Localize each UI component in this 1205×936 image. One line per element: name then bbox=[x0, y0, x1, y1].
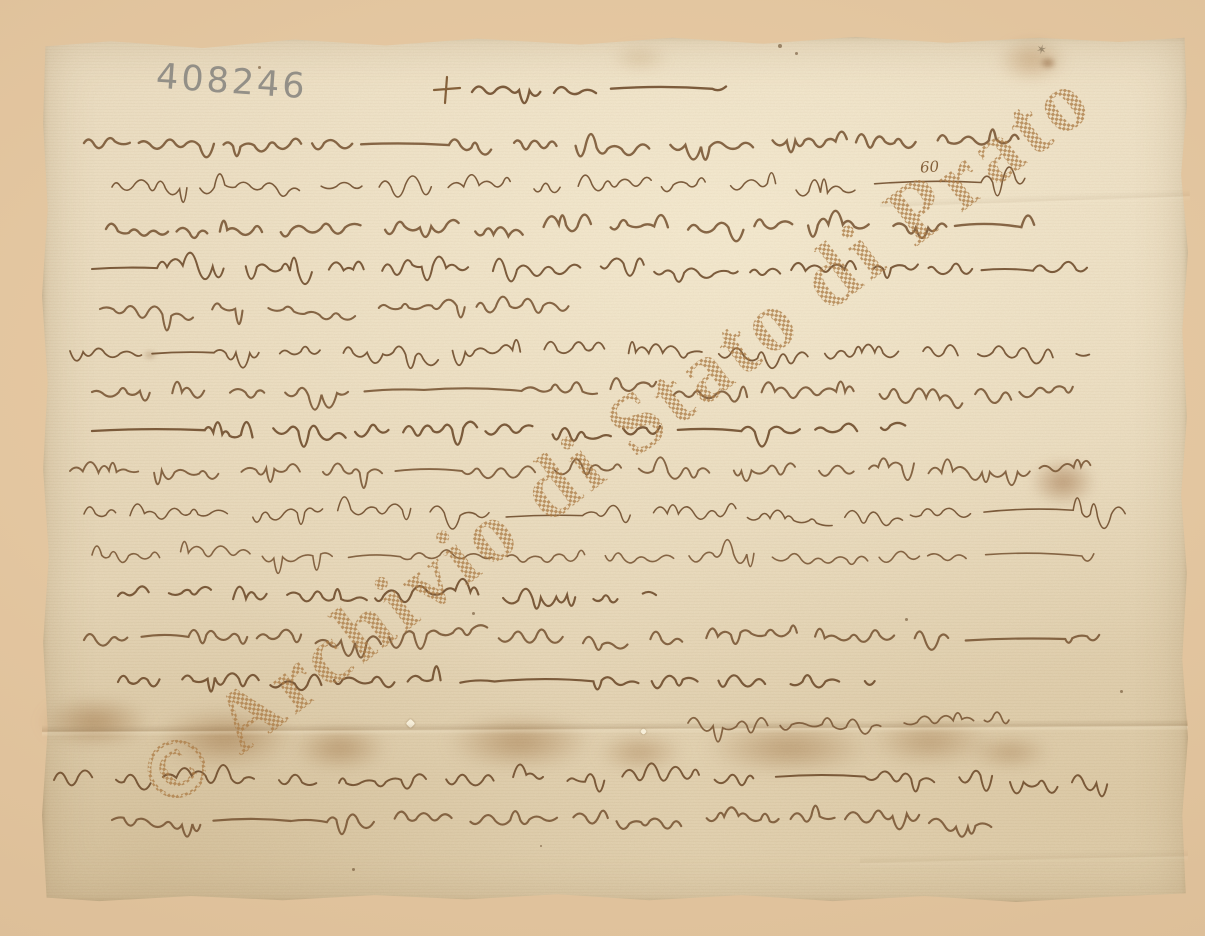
manuscript-line bbox=[84, 129, 1019, 159]
manuscript-line bbox=[118, 579, 656, 609]
manuscript-line bbox=[92, 378, 1073, 409]
manuscript-line bbox=[112, 167, 1025, 202]
manuscript-line bbox=[70, 340, 1089, 368]
manuscript-line bbox=[112, 806, 991, 837]
marginal-number: 60 bbox=[919, 157, 939, 176]
manuscript-line bbox=[70, 457, 1090, 488]
manuscript-line bbox=[84, 497, 1125, 529]
manuscript-line bbox=[84, 625, 1099, 657]
manuscript-line bbox=[688, 712, 1009, 742]
manuscript-line bbox=[118, 666, 875, 691]
manuscript-line bbox=[92, 540, 1094, 574]
manuscript-line bbox=[100, 297, 568, 331]
handwritten-text-layer bbox=[0, 0, 1205, 936]
manuscript-line bbox=[92, 253, 1087, 284]
manuscript-line bbox=[54, 763, 1107, 796]
manuscript-line bbox=[106, 211, 1034, 241]
manuscript-line bbox=[92, 422, 905, 447]
manuscript-line bbox=[472, 86, 726, 103]
header-cross-mark bbox=[434, 77, 460, 103]
manuscript-scan: 408246 60 ✶ © Archivio di Stato di Prato bbox=[0, 0, 1205, 936]
